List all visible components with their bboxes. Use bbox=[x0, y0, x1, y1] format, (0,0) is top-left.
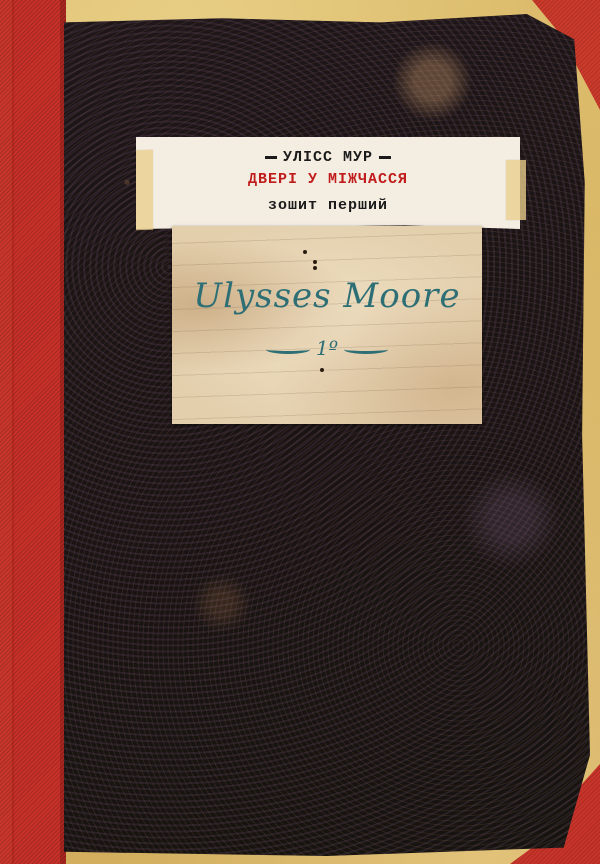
handwritten-card: Ulysses Moore 1º bbox=[172, 226, 482, 424]
pin-hole bbox=[313, 260, 317, 264]
volume-number-line: 1º bbox=[172, 336, 482, 360]
dash-left bbox=[265, 156, 277, 159]
author-line: УЛІСС МУР bbox=[136, 149, 520, 166]
tape-left bbox=[136, 150, 153, 231]
title-label: УЛІСС МУР ДВЕРІ У МІЖЧАССЯ зошит перший bbox=[136, 137, 520, 229]
author-name: УЛІСС МУР bbox=[283, 149, 373, 166]
volume-number: 1º bbox=[316, 336, 338, 360]
dash-right bbox=[379, 156, 391, 159]
swash-left bbox=[266, 345, 310, 354]
book-subtitle: зошит перший bbox=[136, 197, 520, 214]
card-signature: Ulysses Moore bbox=[172, 276, 482, 316]
tape-right bbox=[506, 160, 526, 220]
pin-hole bbox=[320, 368, 324, 372]
book-title: ДВЕРІ У МІЖЧАССЯ bbox=[136, 171, 520, 188]
red-cloth-spine bbox=[0, 0, 66, 864]
faded-handwriting bbox=[172, 226, 482, 424]
swash-right bbox=[344, 345, 388, 354]
pin-hole bbox=[303, 250, 307, 254]
pin-hole bbox=[313, 266, 317, 270]
